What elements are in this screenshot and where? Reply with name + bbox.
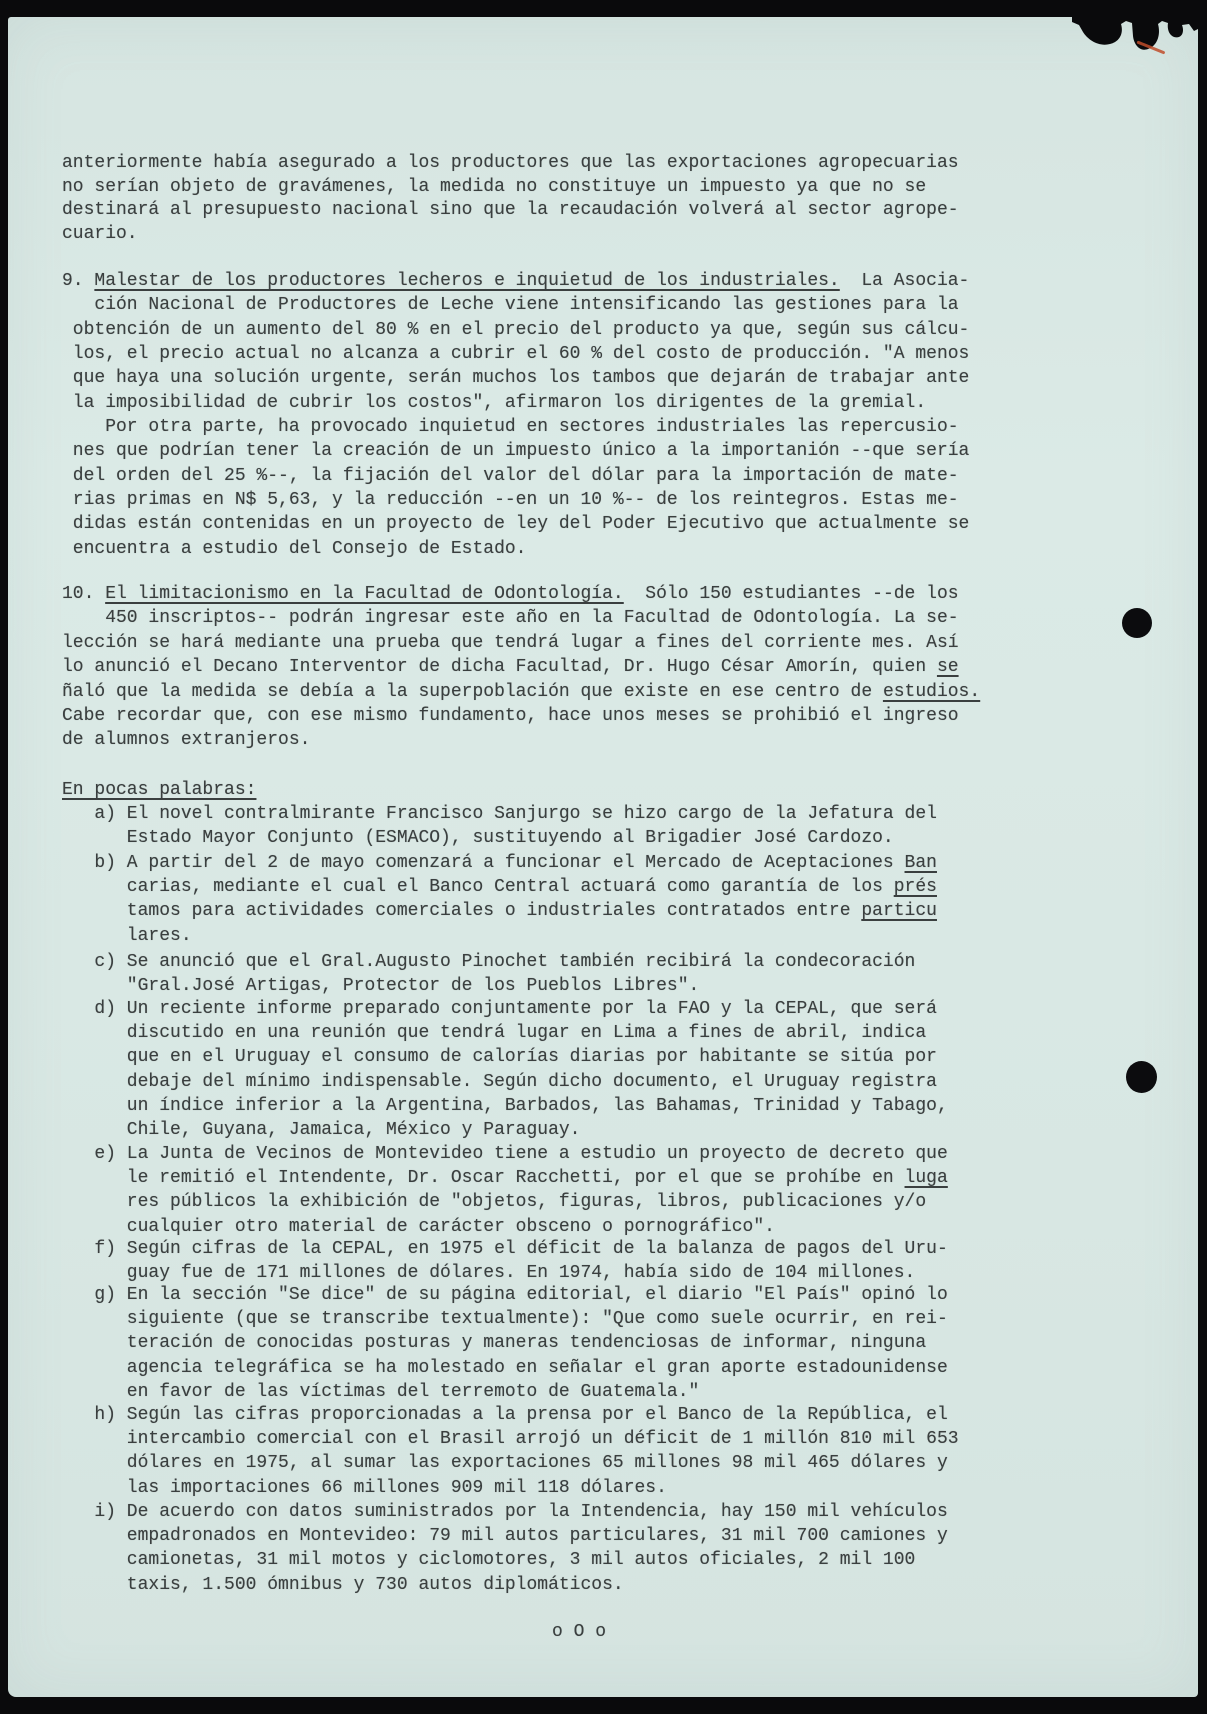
text-line: lección se hará mediante una prueba que … — [62, 631, 980, 655]
torn-corner-icon — [1072, 15, 1198, 65]
text-line: le remitió el Intendente, Dr. Oscar Racc… — [62, 1166, 948, 1190]
text-line: lo anunció el Decano Interventor de dich… — [62, 655, 980, 679]
text-line: los, el precio actual no alcanza a cubri… — [62, 342, 969, 366]
text-line: 10. El limitacionismo en la Facultad de … — [62, 582, 980, 606]
text-line: 9. Malestar de los productores lecheros … — [62, 269, 969, 293]
text-line: no serían objeto de gravámenes, la medid… — [62, 176, 959, 200]
brief-item-c: c) Se anunció que el Gral.Augusto Pinoch… — [62, 950, 915, 998]
text-line: intercambio comercial con el Brasil arro… — [62, 1427, 959, 1451]
text-line: ñaló que la medida se debía a la superpo… — [62, 680, 980, 704]
text-line: dólares en 1975, al sumar las exportacio… — [62, 1451, 959, 1475]
text-line: que en el Uruguay el consumo de calorías… — [62, 1045, 948, 1069]
text-line: a) El novel contralmirante Francisco San… — [62, 802, 937, 826]
text-line: Cabe recordar que, con ese mismo fundame… — [62, 704, 980, 728]
text-line: las importaciones 66 millones 909 mil 11… — [62, 1476, 959, 1500]
brief-item-b: b) A partir del 2 de mayo comenzará a fu… — [62, 851, 937, 948]
text-line: Chile, Guyana, Jamaica, México y Paragua… — [62, 1118, 948, 1142]
text-line: Estado Mayor Conjunto (ESMACO), sustituy… — [62, 826, 937, 850]
brief-item-a: a) El novel contralmirante Francisco San… — [62, 802, 937, 850]
hole-punch-icon — [1126, 1061, 1157, 1093]
text-line: tamos para actividades comerciales o ind… — [62, 899, 937, 923]
text-line: c) Se anunció que el Gral.Augusto Pinoch… — [62, 950, 915, 974]
text-line: res públicos la exhibición de "objetos, … — [62, 1190, 948, 1214]
text-line: "Gral.José Artigas, Protector de los Pue… — [62, 974, 915, 998]
brief-heading: En pocas palabras: — [62, 778, 256, 802]
intro-paragraph: anteriormente había asegurado a los prod… — [62, 152, 959, 247]
item-9: 9. Malestar de los productores lecheros … — [62, 269, 969, 561]
text-line: destinará al presupuesto nacional sino q… — [62, 199, 959, 223]
text-layer: anteriormente había asegurado a los prod… — [0, 0, 1207, 1714]
text-line: un índice inferior a la Argentina, Barba… — [62, 1094, 948, 1118]
text-line: guay fue de 171 millones de dólares. En … — [62, 1261, 948, 1285]
text-line: agencia telegráfica se ha molestado en s… — [62, 1356, 948, 1380]
photo-background: anteriormente había asegurado a los prod… — [0, 0, 1207, 1714]
text-line: que haya una solución urgente, serán muc… — [62, 366, 969, 390]
text-line: cuario. — [62, 223, 959, 247]
brief-item-i: i) De acuerdo con datos suministrados po… — [62, 1500, 948, 1597]
text-line: empadronados en Montevideo: 79 mil autos… — [62, 1524, 948, 1548]
text-line: taxis, 1.500 ómnibus y 730 autos diplomá… — [62, 1573, 948, 1597]
brief-item-g: g) En la sección "Se dice" de su página … — [62, 1283, 948, 1404]
text-line: En pocas palabras: — [62, 778, 256, 802]
text-line: camionetas, 31 mil motos y ciclomotores,… — [62, 1548, 948, 1572]
item-10: 10. El limitacionismo en la Facultad de … — [62, 582, 980, 753]
text-line: en favor de las víctimas del terremoto d… — [62, 1380, 948, 1404]
text-line: d) Un reciente informe preparado conjunt… — [62, 997, 948, 1021]
text-line: Por otra parte, ha provocado inquietud e… — [62, 415, 969, 439]
brief-item-e: e) La Junta de Vecinos de Montevideo tie… — [62, 1142, 948, 1239]
footer-mark: o O o — [552, 1620, 606, 1644]
text-line: siguiente (que se transcribe textualment… — [62, 1307, 948, 1331]
text-line: rias primas en N$ 5,63, y la reducción -… — [62, 488, 969, 512]
brief-item-d: d) Un reciente informe preparado conjunt… — [62, 997, 948, 1142]
text-line: lares. — [62, 924, 937, 948]
text-line: h) Según las cifras proporcionadas a la … — [62, 1403, 959, 1427]
text-line: 450 inscriptos-- podrán ingresar este añ… — [62, 606, 980, 630]
text-line: e) La Junta de Vecinos de Montevideo tie… — [62, 1142, 948, 1166]
text-line: de alumnos extranjeros. — [62, 728, 980, 752]
text-line: g) En la sección "Se dice" de su página … — [62, 1283, 948, 1307]
text-line: nes que podrían tener la creación de un … — [62, 439, 969, 463]
text-line: discutido en una reunión que tendrá luga… — [62, 1021, 948, 1045]
text-line: anteriormente había asegurado a los prod… — [62, 152, 959, 176]
text-line: didas están contenidas en un proyecto de… — [62, 512, 969, 536]
text-line: encuentra a estudio del Consejo de Estad… — [62, 537, 969, 561]
text-line: f) Según cifras de la CEPAL, en 1975 el … — [62, 1237, 948, 1261]
text-line: teración de conocidas posturas y maneras… — [62, 1331, 948, 1355]
text-line: debaje del mínimo indispensable. Según d… — [62, 1070, 948, 1094]
text-line: i) De acuerdo con datos suministrados po… — [62, 1500, 948, 1524]
brief-item-h: h) Según las cifras proporcionadas a la … — [62, 1403, 959, 1500]
text-line: obtención de un aumento del 80 % en el p… — [62, 318, 969, 342]
text-line: del orden del 25 %--, la fijación del va… — [62, 464, 969, 488]
text-line: la imposibilidad de cubrir los costos", … — [62, 391, 969, 415]
text-line: carias, mediante el cual el Banco Centra… — [62, 875, 937, 899]
text-line: cualquier otro material de carácter obsc… — [62, 1215, 948, 1239]
text-line: o O o — [552, 1620, 606, 1644]
text-line: ción Nacional de Productores de Leche vi… — [62, 293, 969, 317]
text-line: b) A partir del 2 de mayo comenzará a fu… — [62, 851, 937, 875]
brief-item-f: f) Según cifras de la CEPAL, en 1975 el … — [62, 1237, 948, 1285]
hole-punch-icon — [1122, 608, 1152, 638]
